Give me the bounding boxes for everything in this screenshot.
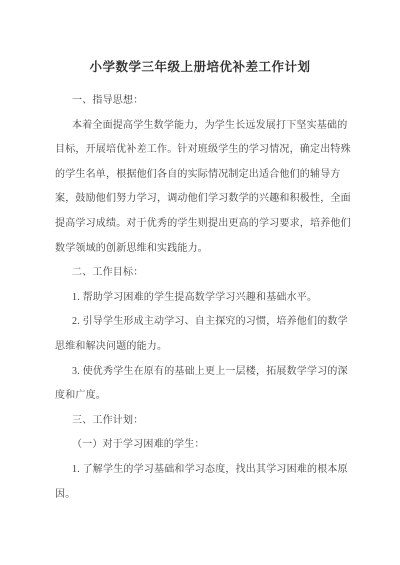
list-item-line: 2. 引导学生形成主动学习、自主探究的习惯，培养他们的数学 bbox=[55, 310, 355, 335]
paragraph-line: 的学生名单，根据他们各自的实际情况制定出适合他们的辅导方 bbox=[55, 163, 355, 188]
list-item-line: 因。 bbox=[55, 483, 355, 508]
paragraph-line: 目标，开展培优补差工作。针对班级学生的学习情况，确定出特殊 bbox=[55, 138, 355, 163]
section-heading-line: 三、工作计划： bbox=[55, 409, 355, 434]
document-body: 一、指导思想： 本着全面提高学生数学能力，为学生长远发展打下坚实基础的 目标，开… bbox=[55, 89, 355, 507]
list-item-line: 3. 使优秀学生在原有的基础上更上一层楼，拓展数学学习的深 bbox=[55, 360, 355, 385]
sub-heading-line: （一）对于学习困难的学生： bbox=[55, 433, 355, 458]
paragraph-line: 数学领域的创新思维和实践能力。 bbox=[55, 237, 355, 262]
document-page: 小学数学三年级上册培优补差工作计划 一、指导思想： 本着全面提高学生数学能力，为… bbox=[0, 0, 400, 565]
paragraph-line: 案，鼓励他们努力学习，调动他们学习数学的兴趣和积极性，全面 bbox=[55, 187, 355, 212]
paragraph-line: 提高学习成绩。对于优秀的学生则提出更高的学习要求，培养他们 bbox=[55, 212, 355, 237]
list-item-line: 1. 了解学生的学习基础和学习态度，找出其学习困难的根本原 bbox=[55, 458, 355, 483]
section-heading-line: 二、工作目标： bbox=[55, 261, 355, 286]
list-item-line: 1. 帮助学习困难的学生提高数学学习兴趣和基础水平。 bbox=[55, 286, 355, 311]
list-item-line: 思维和解决问题的能力。 bbox=[55, 335, 355, 360]
paragraph-line: 本着全面提高学生数学能力，为学生长远发展打下坚实基础的 bbox=[55, 114, 355, 139]
list-item-line: 度和广度。 bbox=[55, 384, 355, 409]
section-heading-line: 一、指导思想： bbox=[55, 89, 355, 114]
document-title: 小学数学三年级上册培优补差工作计划 bbox=[0, 57, 400, 75]
